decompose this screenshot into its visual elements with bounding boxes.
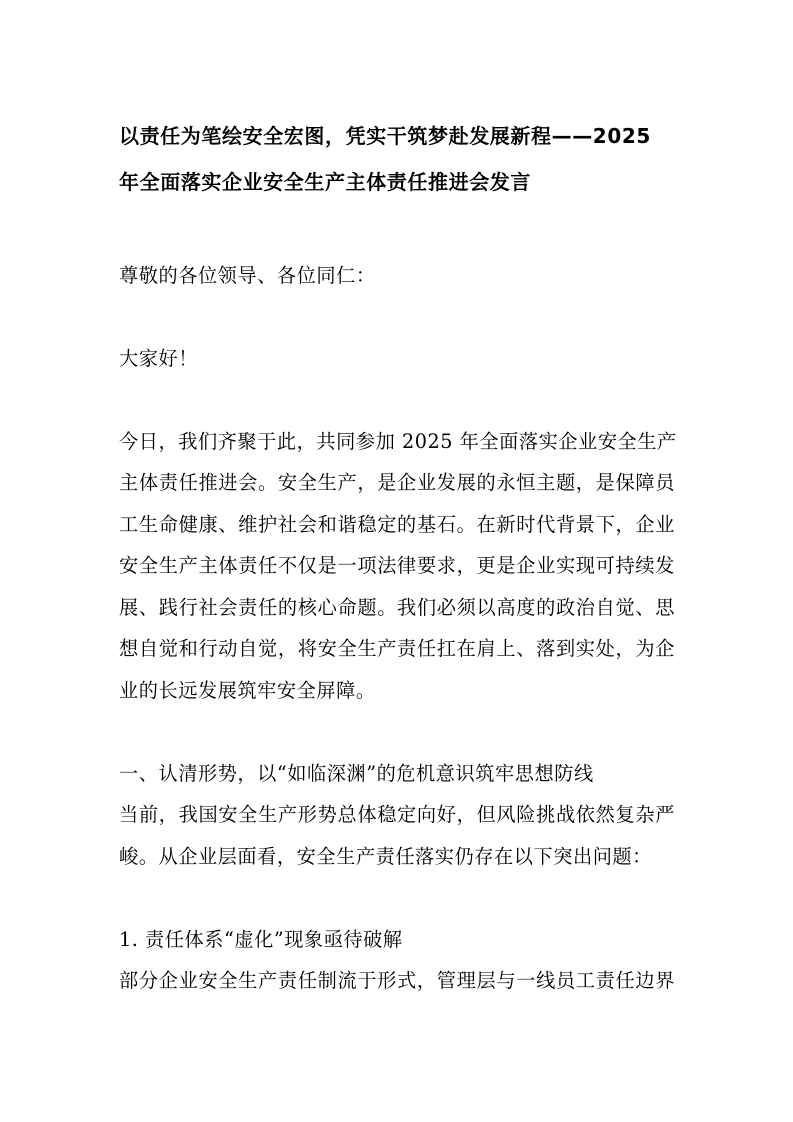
intro-paragraph-line: 展、践行社会责任的核心命题。我们必须以高度的政治自觉、思 [119, 596, 675, 620]
intro-paragraph-line: 业的长远发展筑牢安全屏障。 [119, 679, 675, 703]
document-title-line-1: 以责任为笔绘安全宏图，凭实干筑梦赴发展新程——2025 [119, 124, 675, 148]
subsection-1-paragraph-line: 部分企业安全生产责任制流于形式，管理层与一线员工责任边界 [119, 969, 675, 993]
document-page: 以责任为笔绘安全宏图，凭实干筑梦赴发展新程——2025 年全面落实企业安全生产主… [0, 0, 793, 1122]
section-1-heading: 一、认清形势，以“如临深渊”的危机意识筑牢思想防线 [119, 762, 675, 786]
subsection-1-heading: 1. 责任体系“虚化”现象亟待破解 [119, 928, 675, 952]
greeting: 大家好！ [119, 347, 675, 371]
intro-paragraph-line: 安全生产主体责任不仅是一项法律要求，更是企业实现可持续发 [119, 554, 675, 578]
section-1-paragraph-line: 当前，我国安全生产形势总体稳定向好，但风险挑战依然复杂严 [119, 803, 675, 827]
intro-paragraph-line: 想自觉和行动自觉，将安全生产责任扛在肩上、落到实处，为企 [119, 637, 675, 661]
intro-paragraph-line: 今日，我们齐聚于此，共同参加 2025 年全面落实企业安全生产 [119, 430, 675, 454]
salutation: 尊敬的各位领导、各位同仁： [119, 264, 675, 288]
intro-paragraph-line: 工生命健康、维护社会和谐稳定的基石。在新时代背景下，企业 [119, 513, 675, 537]
document-title-line-2: 年全面落实企业安全生产主体责任推进会发言 [119, 170, 675, 194]
intro-paragraph-line: 主体责任推进会。安全生产，是企业发展的永恒主题，是保障员 [119, 471, 675, 495]
section-1-paragraph-line: 峻。从企业层面看，安全生产责任落实仍存在以下突出问题： [119, 845, 675, 869]
